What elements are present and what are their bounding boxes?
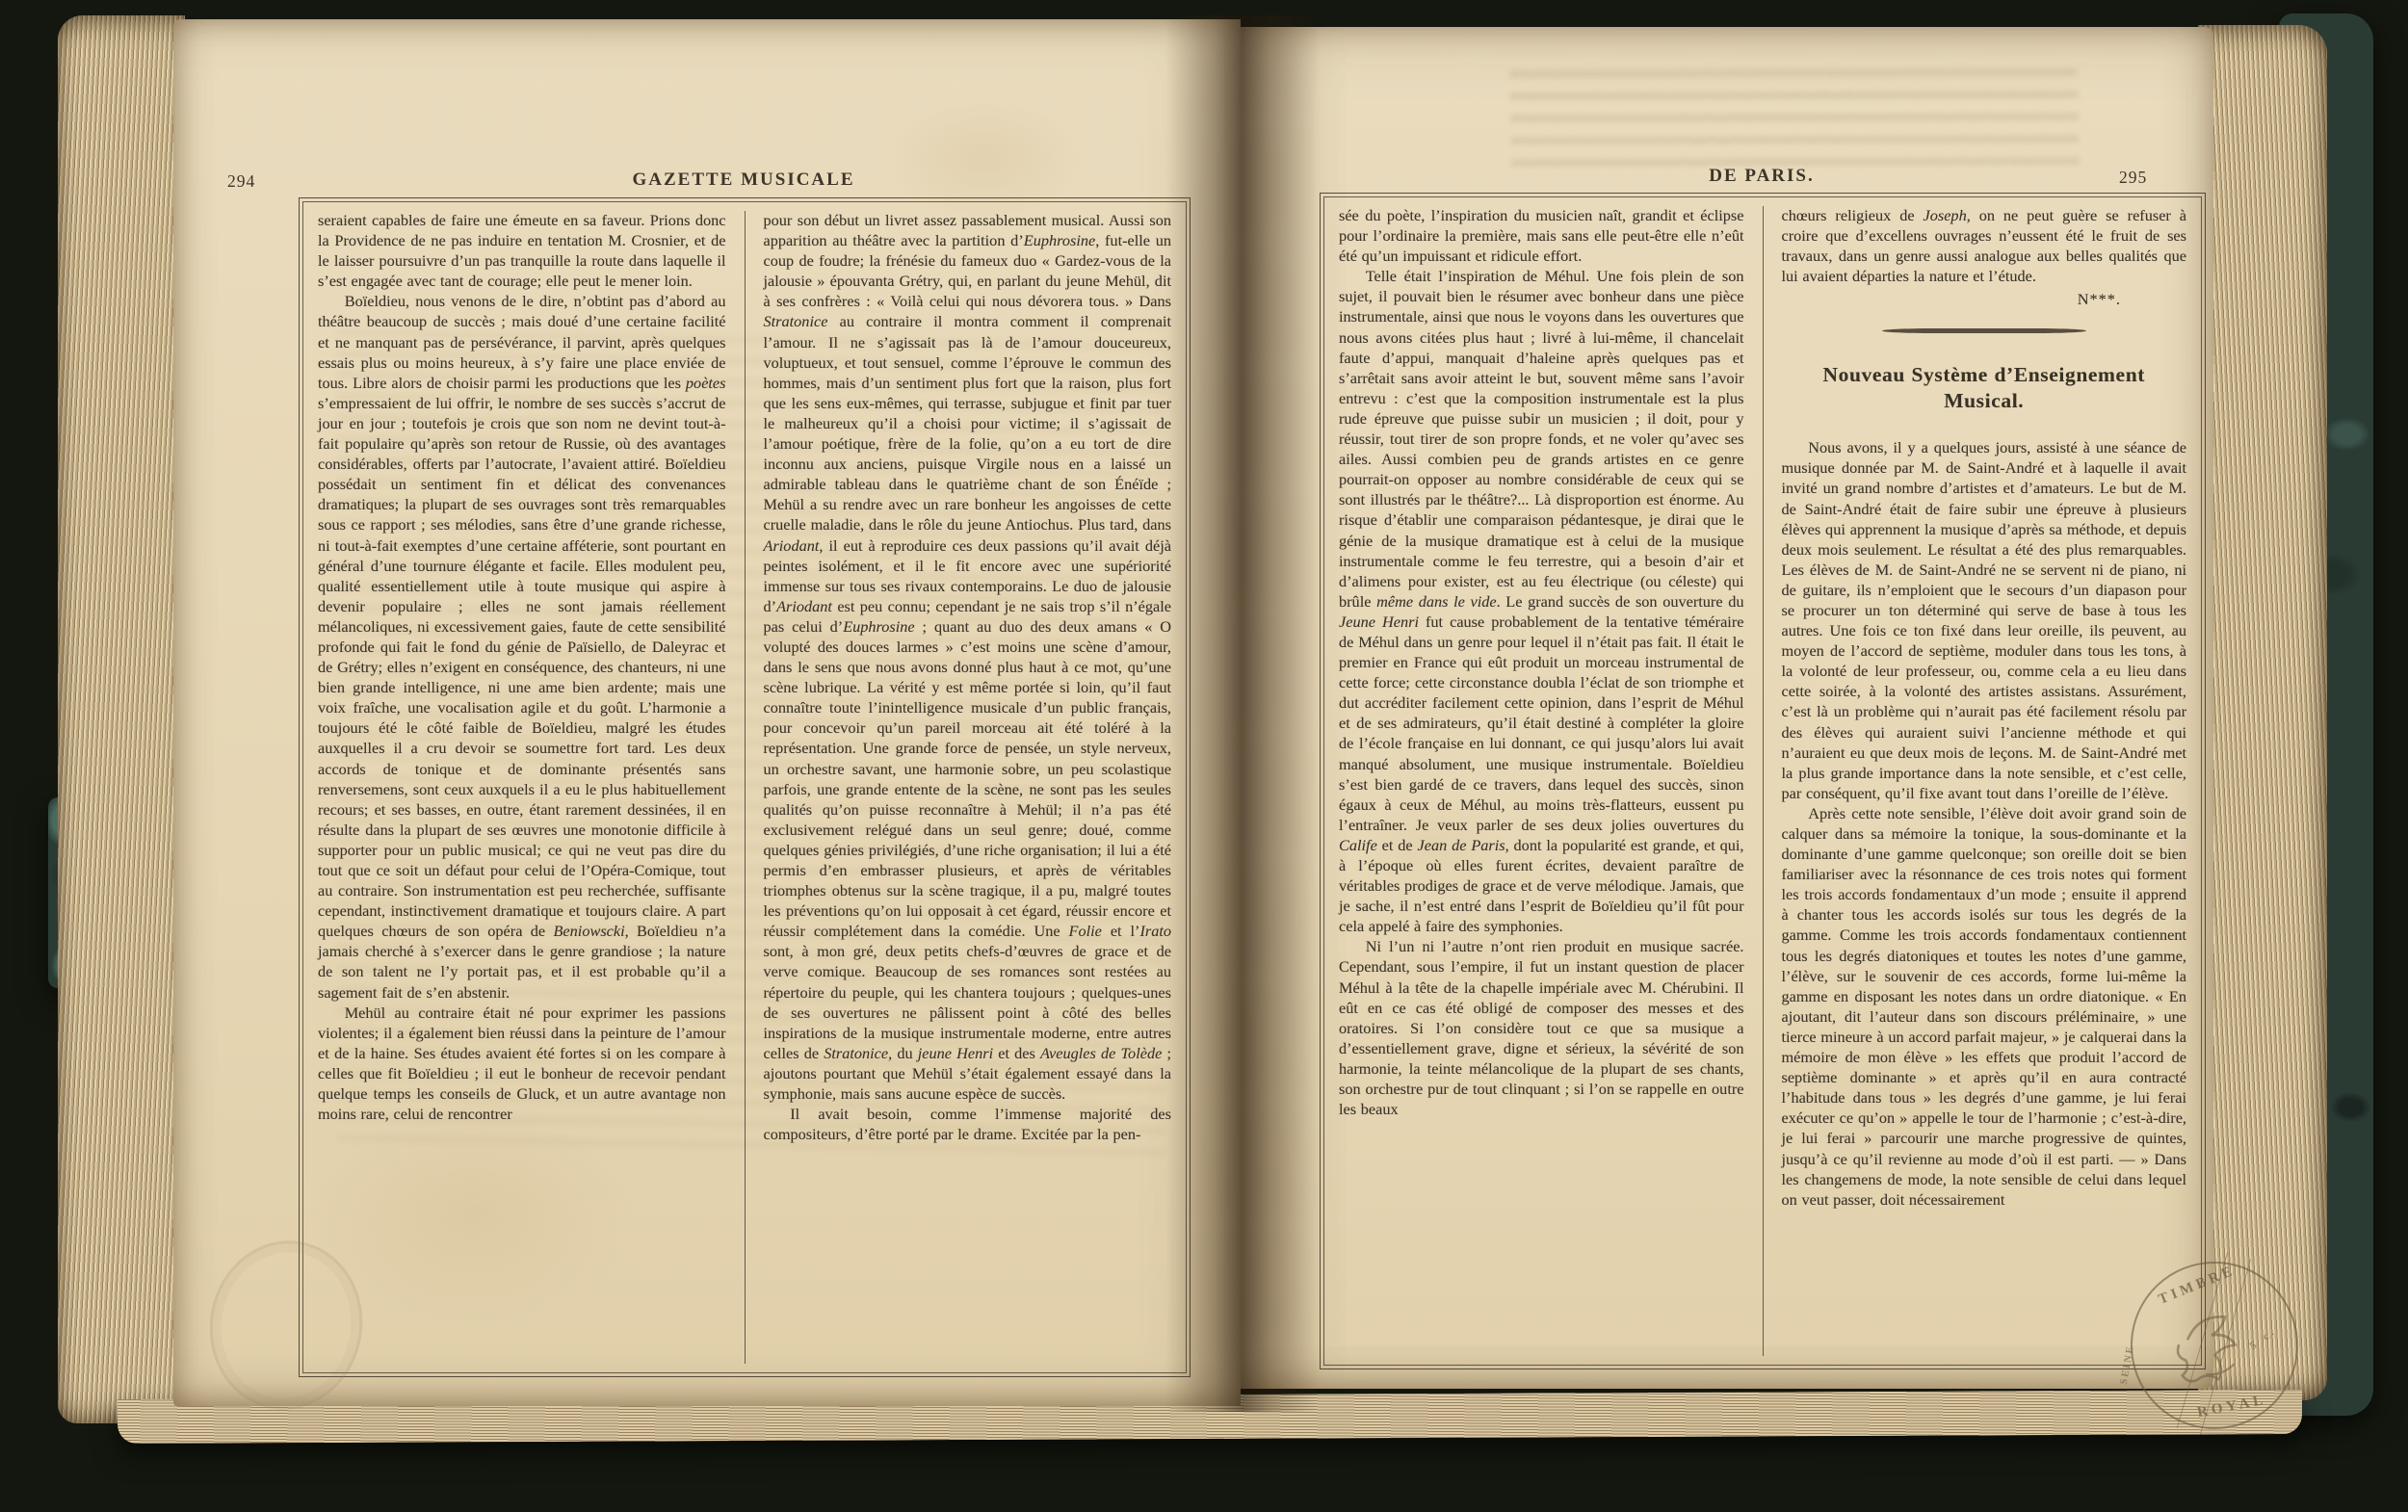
paragraph: Après cette note sensible, l’élève doit … — [1782, 803, 2187, 1210]
paragraph: Il avait besoin, comme l’immense majorit… — [764, 1104, 1172, 1144]
text-frame-left: seraient capables de faire une émeute en… — [299, 197, 1191, 1377]
page-number-right: 295 — [2119, 168, 2147, 188]
page-stack-right-edge — [2198, 25, 2327, 1400]
paragraph: sée du poète, l’inspiration du musicien … — [1339, 205, 1744, 266]
text-column-2: pour son début un livret assez passablem… — [762, 208, 1174, 1367]
paragraph: Boïeldieu, nous venons de le dire, n’obt… — [318, 291, 726, 1002]
right-page: DE PARIS. 295 sée du poète, l’inspiratio… — [1241, 27, 2213, 1389]
text-column-1: seraient capables de faire une émeute en… — [316, 208, 728, 1367]
paragraph: Nous avons, il y a quelques jours, assis… — [1782, 437, 2187, 803]
page-number-left: 294 — [227, 171, 255, 192]
text-column-4: chœurs religieux de Joseph, on ne peut g… — [1780, 203, 2189, 1359]
running-title-left: GAZETTE MUSICALE — [299, 169, 1189, 191]
column-layout-left: seraient capables de faire une émeute en… — [316, 208, 1173, 1367]
paragraph: Mehül au contraire était né pour exprime… — [318, 1003, 726, 1125]
running-title-right: DE PARIS. — [1320, 166, 2204, 187]
section-heading: Nouveau Système d’Enseignement Musical. — [1786, 362, 2184, 414]
divider-rule — [1882, 328, 2086, 333]
column-layout-right: sée du poète, l’inspiration du musicien … — [1337, 203, 2188, 1359]
paragraph: Telle était l’inspiration de Méhul. Une … — [1339, 266, 1744, 936]
paragraph: pour son début un livret assez passablem… — [764, 210, 1172, 1104]
left-page: 294 GAZETTE MUSICALE seraient capables d… — [173, 19, 1241, 1406]
paragraph: Ni l’un ni l’autre n’ont rien produit en… — [1339, 936, 1744, 1119]
column-rule-left — [745, 211, 746, 1364]
column-rule-right — [1763, 206, 1764, 1356]
page-stack-left-edge — [58, 15, 185, 1423]
text-frame-right: sée du poète, l’inspiration du musicien … — [1320, 193, 2206, 1369]
text-column-3: sée du poète, l’inspiration du musicien … — [1337, 203, 1746, 1359]
photo-background: 294 GAZETTE MUSICALE seraient capables d… — [0, 0, 2408, 1512]
paragraph: seraient capables de faire une émeute en… — [318, 210, 726, 291]
ink-bleedthrough-right — [1509, 58, 2080, 181]
paragraph: chœurs religieux de Joseph, on ne peut g… — [1782, 205, 2187, 286]
author-signature: N***. — [1782, 289, 2187, 309]
